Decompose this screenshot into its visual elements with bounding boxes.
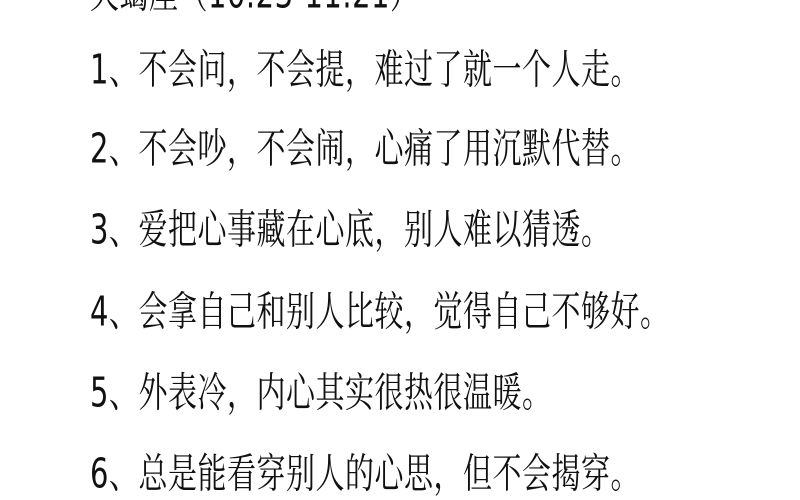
list-item: 6、总是能看穿别人的心思，但不会揭穿。 bbox=[90, 452, 640, 495]
item-number: 4、 bbox=[90, 287, 138, 335]
item-text: 外表冷，内心其实很热很温暖。 bbox=[138, 368, 551, 416]
list-item: 2、不会吵，不会闹，心痛了用沉默代替。 bbox=[90, 127, 640, 170]
item-number: 6、 bbox=[90, 449, 138, 497]
item-number: 5、 bbox=[90, 368, 138, 416]
item-text: 不会问，不会提，难过了就一个人走。 bbox=[138, 45, 640, 93]
item-number: 3、 bbox=[90, 205, 138, 253]
item-number: 1、 bbox=[90, 45, 138, 93]
list-item: 3、爱把心事藏在心底，别人难以猜透。 bbox=[90, 208, 610, 251]
document-page: 天蝎座（10.23-11.21） 1、不会问，不会提，难过了就一个人走。 2、不… bbox=[0, 0, 800, 500]
item-text: 不会吵，不会闹，心痛了用沉默代替。 bbox=[138, 124, 640, 172]
list-item: 1、不会问，不会提，难过了就一个人走。 bbox=[90, 48, 640, 91]
item-text: 会拿自己和别人比较，觉得自己不够好。 bbox=[138, 287, 669, 335]
item-text: 总是能看穿别人的心思，但不会揭穿。 bbox=[138, 449, 640, 497]
item-number: 2、 bbox=[90, 124, 138, 172]
item-text: 爱把心事藏在心底，别人难以猜透。 bbox=[138, 205, 610, 253]
list-item: 5、外表冷，内心其实很热很温暖。 bbox=[90, 371, 551, 414]
list-item: 4、会拿自己和别人比较，觉得自己不够好。 bbox=[90, 290, 669, 333]
document-title: 天蝎座（10.23-11.21） bbox=[90, 0, 420, 15]
